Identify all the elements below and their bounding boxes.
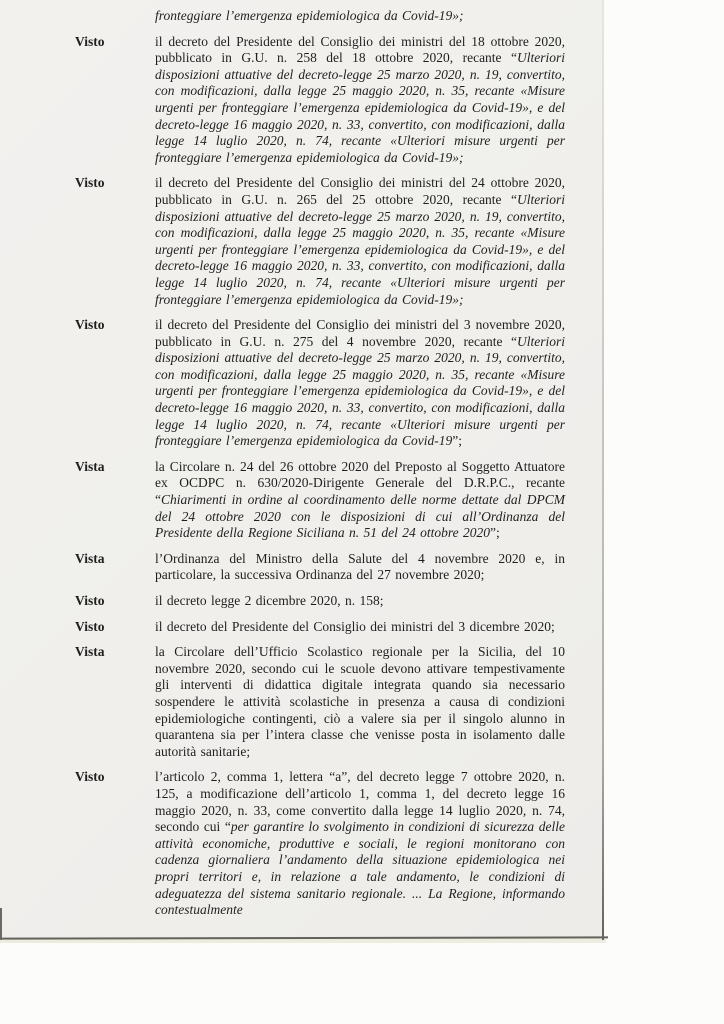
visto-text: l’articolo 2, comma 1, lettera “a”, del … xyxy=(155,769,565,918)
recital-text: il decreto del Presidente del Consiglio … xyxy=(155,317,565,349)
scanned-page: fronteggiare l’emergenza epidemiologica … xyxy=(0,0,604,940)
scanner-bed-strip xyxy=(0,939,606,943)
recital-text: il decreto legge 2 dicembre 2020, n. 158… xyxy=(155,593,384,608)
recital-text: ”; xyxy=(452,433,462,448)
quoted-italic-text: fronteggiare l’emergenza epidemiologica … xyxy=(155,8,463,23)
visto-entry: Vistala Circolare n. 24 del 26 ottobre 2… xyxy=(75,459,567,542)
visto-label: Vista xyxy=(75,459,155,542)
visto-entry: Vistol’articolo 2, comma 1, lettera “a”,… xyxy=(75,769,567,918)
visto-label: Visto xyxy=(75,175,155,308)
visto-entry: Vistoil decreto legge 2 dicembre 2020, n… xyxy=(75,593,567,610)
quoted-italic-text: Ulteriori disposizioni attuative del dec… xyxy=(155,50,565,165)
visto-entry: Vistoil decreto del Presidente del Consi… xyxy=(75,619,567,636)
visto-label: Visto xyxy=(75,593,155,610)
visto-text: la Circolare dell’Ufficio Scolastico reg… xyxy=(155,644,565,760)
visto-text: il decreto del Presidente del Consiglio … xyxy=(155,317,565,450)
recital-entries: fronteggiare l’emergenza epidemiologica … xyxy=(75,8,567,919)
paper-right-edge xyxy=(602,0,604,940)
recital-text: il decreto del Presidente del Consiglio … xyxy=(155,34,565,66)
recital-text: l’Ordinanza del Ministro della Salute de… xyxy=(155,551,565,583)
visto-entry: Vistoil decreto del Presidente del Consi… xyxy=(75,175,567,308)
visto-label: Visto xyxy=(75,34,155,167)
visto-label: Visto xyxy=(75,317,155,450)
visto-label: Vista xyxy=(75,551,155,584)
paper-left-edge xyxy=(0,908,2,940)
visto-text: fronteggiare l’emergenza epidemiologica … xyxy=(155,8,565,25)
visto-text: la Circolare n. 24 del 26 ottobre 2020 d… xyxy=(155,459,565,542)
visto-entry: Vistoil decreto del Presidente del Consi… xyxy=(75,317,567,450)
recital-text: la Circolare dell’Ufficio Scolastico reg… xyxy=(155,644,565,759)
visto-text: l’Ordinanza del Ministro della Salute de… xyxy=(155,551,565,584)
page-content: fronteggiare l’emergenza epidemiologica … xyxy=(75,8,567,928)
visto-entry: Vistal’Ordinanza del Ministro della Salu… xyxy=(75,551,567,584)
quoted-italic-text: Ulteriori disposizioni attuative del dec… xyxy=(155,334,565,449)
recital-text: ”; xyxy=(490,525,500,540)
visto-label: Visto xyxy=(75,619,155,636)
recital-text: il decreto del Presidente del Consiglio … xyxy=(155,619,555,634)
recital-text: il decreto del Presidente del Consiglio … xyxy=(155,175,565,207)
visto-label xyxy=(75,8,155,25)
continuation-line: fronteggiare l’emergenza epidemiologica … xyxy=(75,8,567,25)
visto-text: il decreto del Presidente del Consiglio … xyxy=(155,619,565,636)
visto-entry: Vistala Circolare dell’Ufficio Scolastic… xyxy=(75,644,567,760)
visto-label: Visto xyxy=(75,769,155,918)
visto-text: il decreto del Presidente del Consiglio … xyxy=(155,175,565,308)
visto-entry: Vistoil decreto del Presidente del Consi… xyxy=(75,34,567,167)
visto-label: Vista xyxy=(75,644,155,760)
visto-text: il decreto legge 2 dicembre 2020, n. 158… xyxy=(155,593,565,610)
visto-text: il decreto del Presidente del Consiglio … xyxy=(155,34,565,167)
quoted-italic-text: Chiarimenti in ordine al coordinamento d… xyxy=(155,492,565,540)
quoted-italic-text: Ulteriori disposizioni attuative del dec… xyxy=(155,192,565,307)
